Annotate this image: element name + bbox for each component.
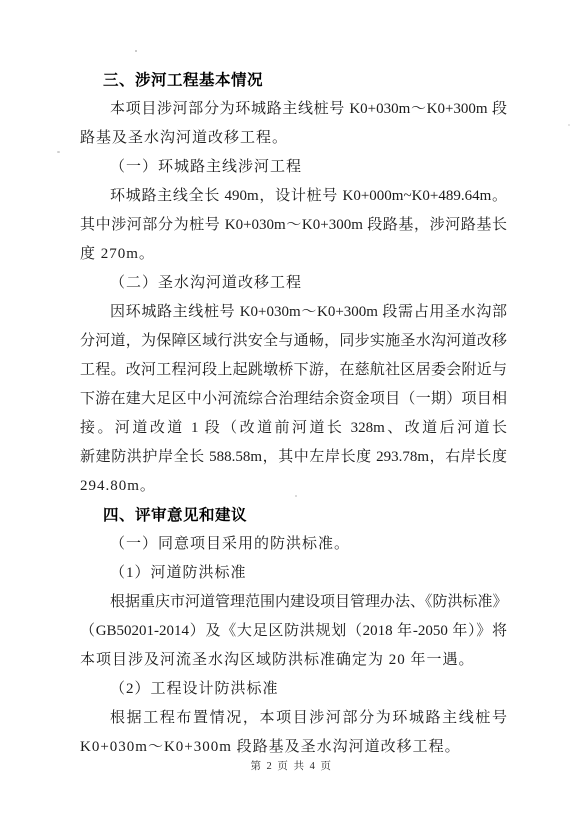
heading-section-3: 三、涉河工程基本情况 xyxy=(80,66,507,95)
body-line: 294.80m。 xyxy=(80,472,507,501)
subheading-2-1-1: （1）河道防洪标准 xyxy=(80,559,507,588)
scan-speck xyxy=(57,151,60,153)
body-line: 分河道，为保障区域行洪安全与通畅，同步实施圣水沟河道改移 xyxy=(80,327,507,356)
body-line: 因环城路主线桩号 K0+030m～K0+300m 段需占用圣水沟部 xyxy=(80,298,507,327)
body-line: 本项目涉河部分为环城路主线桩号 K0+030m～K0+300m 段 xyxy=(80,95,507,124)
body-line: 环城路主线全长 490m，设计桩号 K0+000m~K0+489.64m。 xyxy=(80,182,507,211)
body-line: 根据重庆市河道管理范围内建设项目管理办法、《防洪标准》 xyxy=(80,588,507,617)
subheading-2-1: （一）同意项目采用的防洪标准。 xyxy=(80,530,507,559)
body-line: 接。河道改道 1 段（改道前河道长 328m、改道后河道长 294m）， xyxy=(80,414,507,443)
subheading-1-2: （二）圣水沟河道改移工程 xyxy=(80,269,507,298)
page-number-footer: 第 2 页 共 4 页 xyxy=(0,758,583,776)
body-line: 下游在建大足区中小河流综合治理结余资金项目（一期）项目相 xyxy=(80,385,507,414)
scan-speck xyxy=(135,50,137,52)
scanned-document-page: 三、涉河工程基本情况 本项目涉河部分为环城路主线桩号 K0+030m～K0+30… xyxy=(0,0,583,828)
subheading-1-1: （一）环城路主线涉河工程 xyxy=(80,153,507,182)
body-line: 新建防洪护岸全长 588.58m，其中左岸长度 293.78m，右岸长度 xyxy=(80,443,507,472)
body-line: 其中涉河部分为桩号 K0+030m～K0+300m 段路基，涉河路基长 xyxy=(80,211,507,240)
scan-speck xyxy=(295,495,297,497)
body-line: （GB50201-2014）及《大足区防洪规划（2018 年-2050 年）》将 xyxy=(80,617,507,646)
heading-section-4: 四、评审意见和建议 xyxy=(80,501,507,530)
subheading-2-1-2: （2）工程设计防洪标准 xyxy=(80,675,507,704)
body-line: 工程。改河工程河段上起跳墩桥下游，在慈航社区居委会附近与 xyxy=(80,356,507,385)
body-line: 度 270m。 xyxy=(80,240,507,269)
body-line: 路基及圣水沟河道改移工程。 xyxy=(80,124,507,153)
scan-speck xyxy=(568,124,570,126)
page-body: 三、涉河工程基本情况 本项目涉河部分为环城路主线桩号 K0+030m～K0+30… xyxy=(80,66,507,762)
body-line: 本项目涉及河流圣水沟区域防洪标准确定为 20 年一遇。 xyxy=(80,646,507,675)
body-line: 根据工程布置情况，本项目涉河部分为环城路主线桩号 xyxy=(80,704,507,733)
